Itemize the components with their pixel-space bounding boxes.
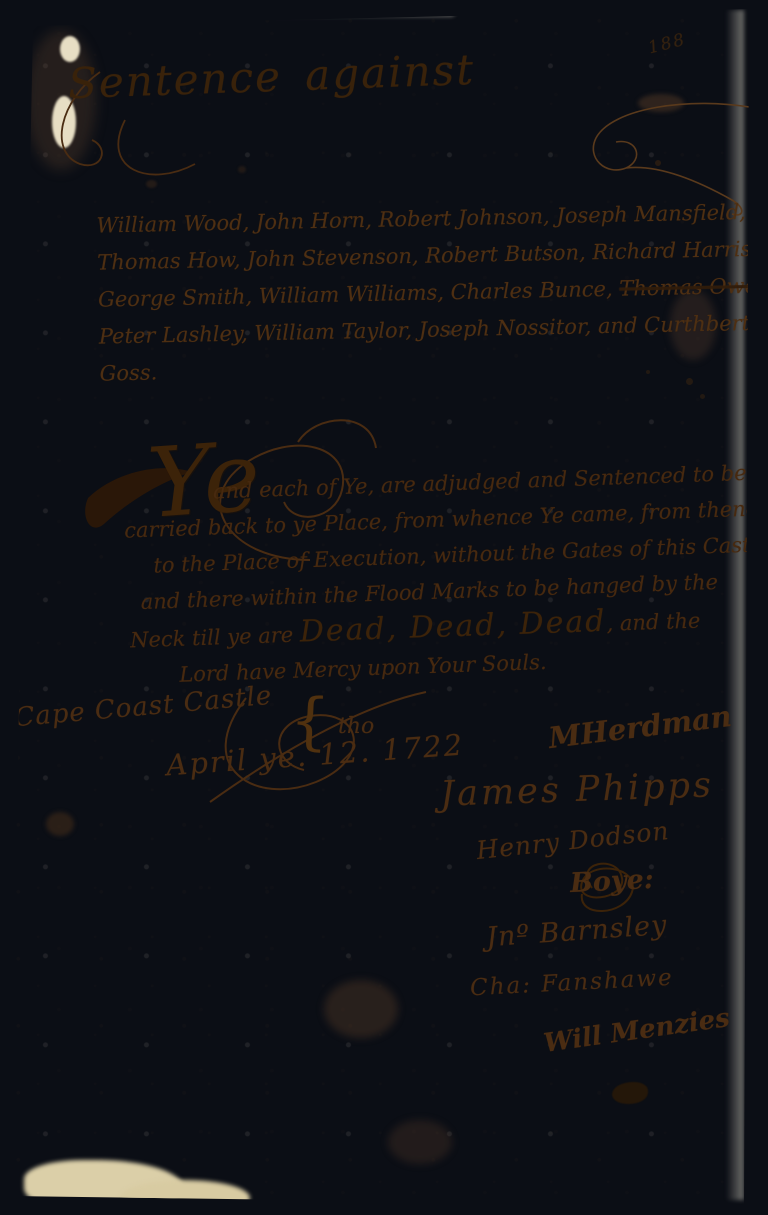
signature-boye: Boye: xyxy=(569,864,654,899)
struck-name: Thomas Owen xyxy=(619,274,768,301)
stain xyxy=(238,166,246,173)
name-line-text: George Smith, William Williams, Charles … xyxy=(98,277,620,312)
sentence-line-text: , and the xyxy=(606,609,701,636)
stain xyxy=(388,1120,452,1164)
stain xyxy=(46,812,74,836)
paper-edge-highlight xyxy=(85,8,455,16)
sentence-line-text: Neck till ye are xyxy=(130,623,301,653)
stain xyxy=(324,980,398,1038)
sentence-text: and each of Ye, are adjudged and Sentenc… xyxy=(114,455,741,695)
paper: Sentence against 188 William Wood, John … xyxy=(0,0,768,1215)
damage-spot xyxy=(120,1180,250,1215)
condemned-names: William Wood, John Horn, Robert Johnson,… xyxy=(96,194,730,392)
photo-background: Sentence against 188 William Wood, John … xyxy=(0,0,768,1215)
stain xyxy=(700,394,705,399)
